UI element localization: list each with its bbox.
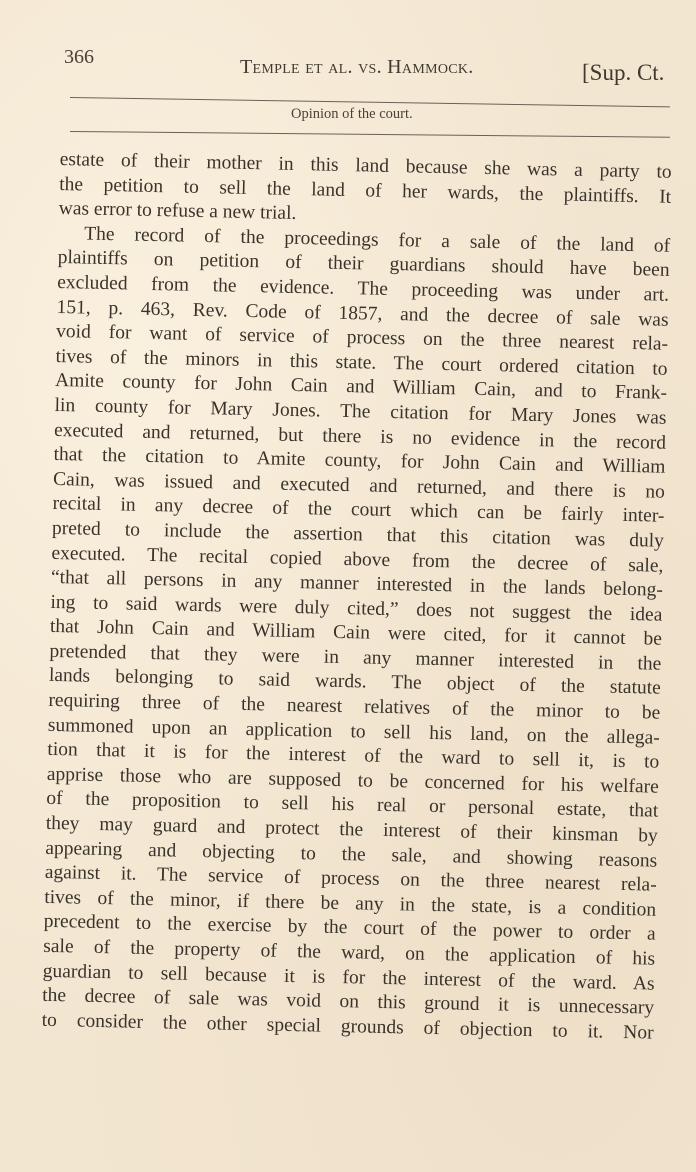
case-title: Temple et al. vs. Hammock. [240, 56, 474, 79]
court-tag: [Sup. Ct. [582, 60, 664, 86]
book-page: 366 Temple et al. vs. Hammock. [Sup. Ct.… [0, 0, 696, 1172]
header-rule-bottom [70, 131, 670, 138]
page-number: 366 [64, 46, 94, 69]
running-head: 366 Temple et al. vs. Hammock. [Sup. Ct. [64, 44, 676, 84]
section-heading: Opinion of the court. [291, 106, 413, 123]
body-text: estate of their mother in this land beca… [41, 148, 671, 1046]
